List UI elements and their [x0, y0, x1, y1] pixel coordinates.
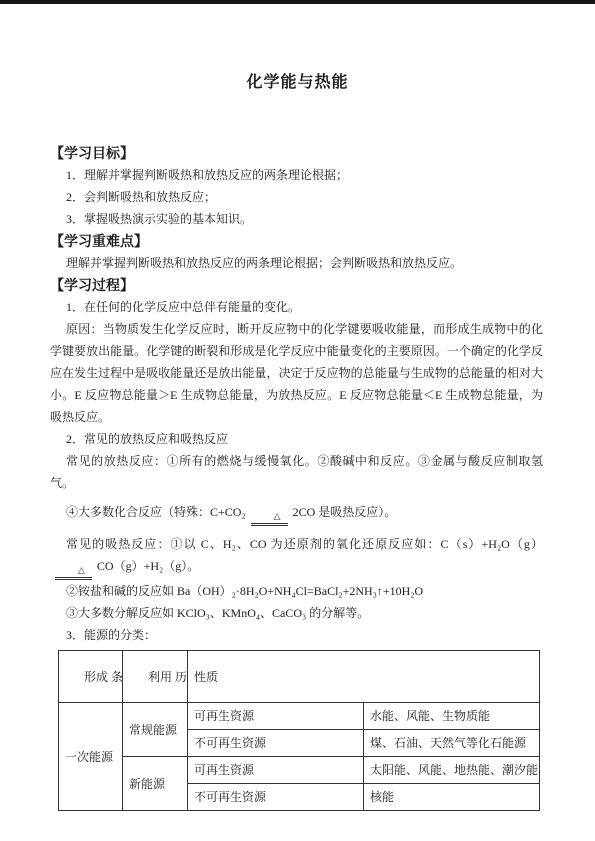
process-point-1: 1．在任何的化学反应中总伴有能量的变化。: [50, 296, 543, 318]
cell-examples: 太阳能、风能、地热能、潮汐能、氢能、沼气: [364, 757, 540, 784]
cell-examples: 核能: [364, 784, 540, 811]
section-heading-objectives: 【学习目标】: [50, 142, 543, 164]
cell-conventional-energy: 常规能源: [123, 703, 188, 757]
heating-condition-icon: △: [55, 565, 92, 580]
document-title: 化学能与热能: [0, 72, 595, 94]
page-top-border: [0, 0, 595, 4]
energy-classification-label: 3．能源的分类：: [50, 624, 543, 646]
header-usage-history: 利用 历史: [123, 651, 188, 703]
document-page: 化学能与热能 【学习目标】 1．理解并掌握判断吸热和放热反应的两条理论根据； 2…: [0, 0, 595, 841]
delta-triangle-icon: △: [251, 511, 288, 526]
document-body: 【学习目标】 1．理解并掌握判断吸热和放热反应的两条理论根据； 2．会判断吸热和…: [0, 142, 595, 811]
equation-text-pre: ④大多数化合反应（特殊：C+CO₂: [66, 505, 246, 519]
objective-item-1: 1．理解并掌握判断吸热和放热反应的两条理论根据；: [50, 164, 543, 186]
keypoints-text: 理解并掌握判断吸热和放热反应的两条理论根据；会判断吸热和放热反应。: [50, 252, 543, 274]
exothermic-reactions-paragraph: 常见的放热反应：①所有的燃烧与缓慢氧化。②酸碱中和反应。③金属与酸反应制取氢气。: [50, 450, 543, 494]
cell-nonrenewable: 不可再生资源: [188, 784, 364, 811]
table-header-row: 形成 条件 利用 历史 性质: [59, 651, 540, 703]
cell-examples: 水能、风能、生物质能: [364, 703, 540, 730]
section-heading-process: 【学习过程】: [50, 274, 543, 296]
process-point-2: 2．常见的放热反应和吸热反应: [50, 428, 543, 450]
energy-classification-table: 形成 条件 利用 历史 性质 一次能源 常规能源 可再生资源 水能、风能、生物质…: [58, 650, 540, 811]
cell-primary-energy: 一次能源: [59, 703, 123, 811]
header-property: 性质: [188, 651, 540, 703]
cell-nonrenewable: 不可再生资源: [188, 730, 364, 757]
table-row: 新能源 可再生资源 太阳能、风能、地热能、潮汐能、氢能、沼气: [59, 757, 540, 784]
cell-renewable: 可再生资源: [188, 703, 364, 730]
table-row: 一次能源 常规能源 可再生资源 水能、风能、生物质能: [59, 703, 540, 730]
header-formation-condition: 形成 条件: [59, 651, 123, 703]
objective-item-3: 3．掌握吸热演示实验的基本知识。: [50, 208, 543, 230]
heating-condition-icon: △: [251, 511, 288, 526]
cell-renewable: 可再生资源: [188, 757, 364, 784]
decomposition-reaction-paragraph: ③大多数分解反应如 KClO₃、KMnO₄、CaCO₃ 的分解等。: [50, 602, 543, 624]
combination-reaction-paragraph: ④大多数化合反应（特殊：C+CO₂△2CO 是吸热反应）。: [50, 501, 543, 526]
ammonium-base-reaction-paragraph: ②铵盐和碱的反应如 Ba（OH）₂·8H₂O+NH₄Cl=BaCl₂+2NH₃↑…: [50, 580, 543, 602]
equation-text-post: 2CO 是吸热反应）。: [293, 505, 397, 519]
section-heading-keypoints: 【学习重难点】: [50, 230, 543, 252]
process-reason-paragraph: 原因：当物质发生化学反应时，断开反应物中的化学键要吸收能量，而形成生成物中的化学…: [50, 318, 543, 428]
cell-new-energy: 新能源: [123, 757, 188, 811]
objective-item-2: 2．会判断吸热和放热反应；: [50, 186, 543, 208]
endothermic-reactions-paragraph: 常见的吸热反应：①以 C、H₂、CO 为还原剂的氧化还原反应如：C（s）+H₂O…: [50, 533, 543, 580]
equation-text-pre: 常见的吸热反应：①以 C、H₂、CO 为还原剂的氧化还原反应如：C（s）+H₂O…: [66, 537, 543, 551]
cell-examples: 煤、石油、天然气等化石能源: [364, 730, 540, 757]
delta-triangle-icon: △: [55, 565, 92, 580]
equation-text-post: CO（g）+H₂（g）。: [97, 559, 199, 573]
